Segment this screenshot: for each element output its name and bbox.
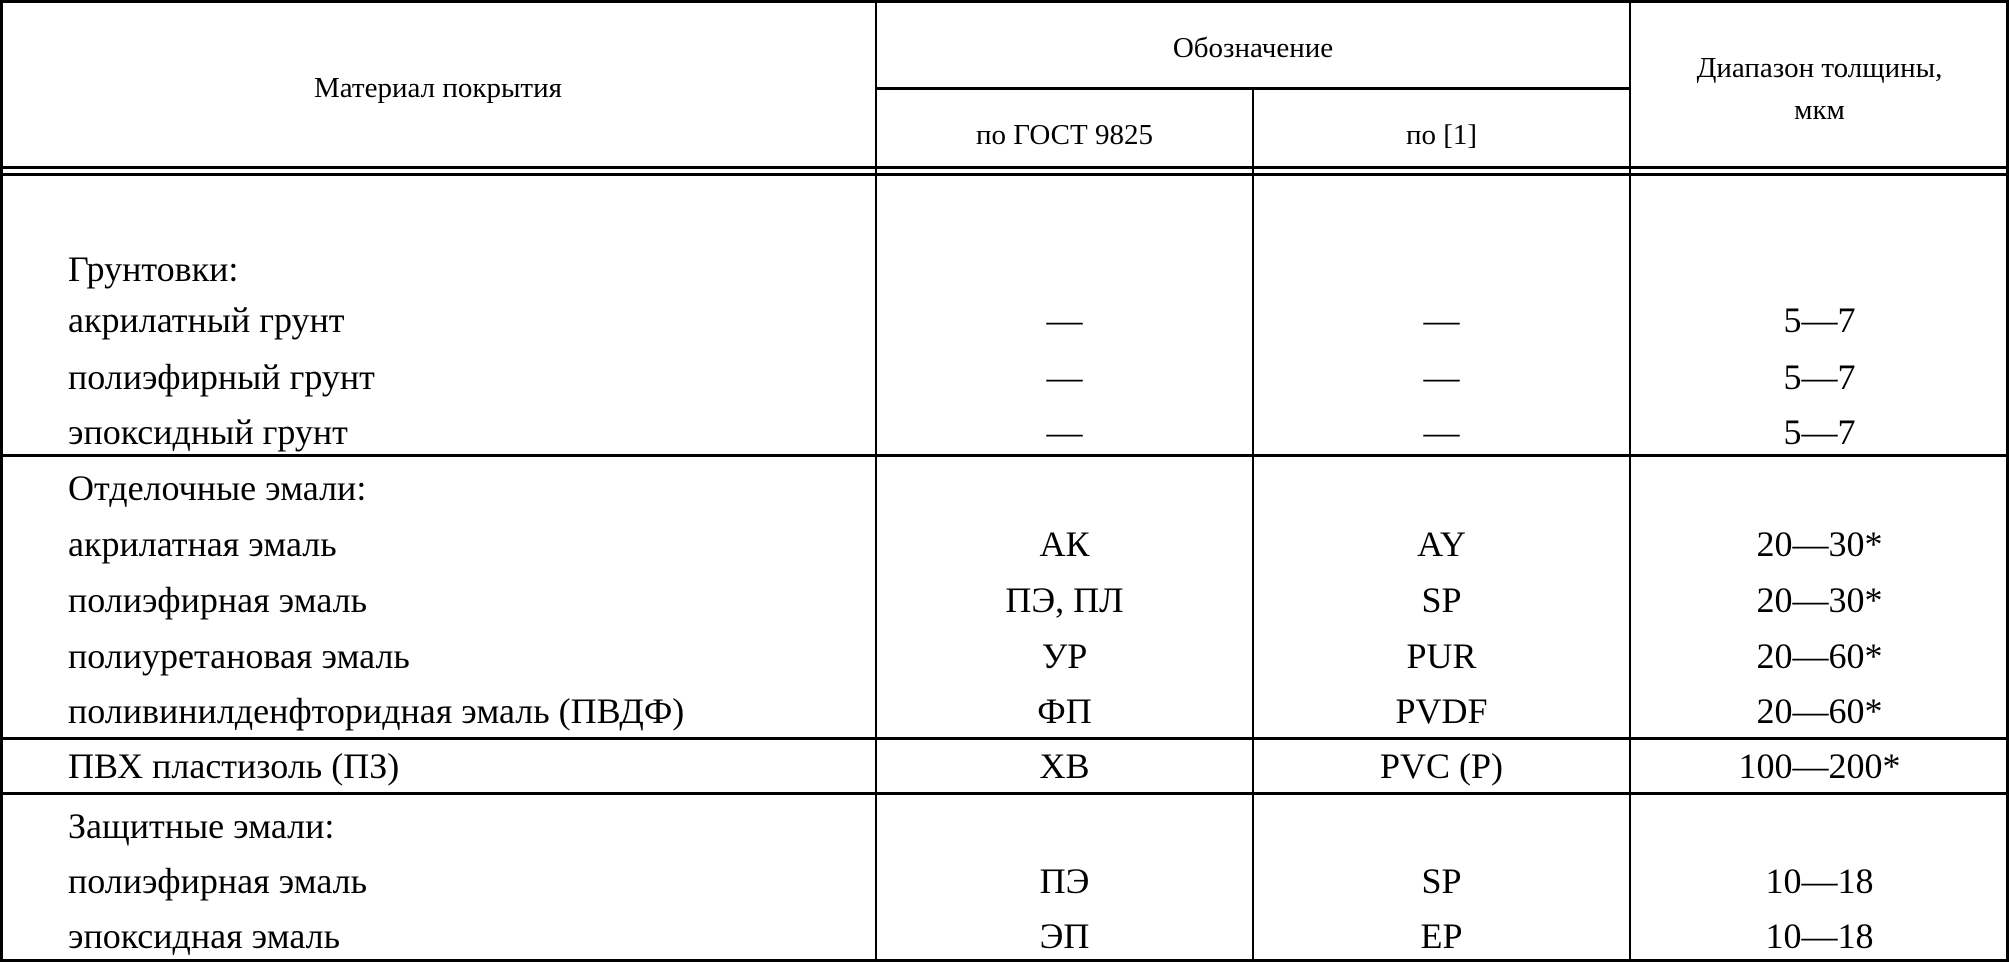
group-title-primers: Грунтовки: — [68, 249, 238, 289]
row-gost: — — [876, 300, 1253, 340]
row-gost: ФП — [876, 691, 1253, 731]
row-material: поливинилденфторидная эмаль (ПВДФ) — [68, 691, 684, 731]
row-gost: УР — [876, 636, 1253, 676]
row-ref: AY — [1253, 524, 1630, 564]
row-material: полиэфирный грунт — [68, 357, 375, 397]
header-double-line-2 — [0, 173, 2009, 176]
border-left — [0, 0, 3, 962]
header-subdivider — [876, 87, 1630, 90]
group-divider-3 — [0, 792, 2009, 795]
row-material: ПВХ пластизоль (ПЗ) — [68, 746, 399, 786]
group-divider-2 — [0, 737, 2009, 740]
row-ref: PUR — [1253, 636, 1630, 676]
row-material: полиэфирная эмаль — [68, 861, 367, 901]
row-thickness: 20—30* — [1630, 580, 2009, 620]
row-thickness: 20—60* — [1630, 691, 2009, 731]
row-thickness: 5—7 — [1630, 412, 2009, 452]
header-thickness-line1: Диапазон толщины, — [1630, 48, 2009, 88]
row-gost: ХВ — [876, 746, 1253, 786]
row-ref: — — [1253, 300, 1630, 340]
border-top — [0, 0, 2009, 3]
row-thickness: 5—7 — [1630, 300, 2009, 340]
header-double-line-1 — [0, 166, 2009, 169]
header-material: Материал покрытия — [0, 68, 876, 108]
group-title-finish-enamels: Отделочные эмали: — [68, 468, 366, 508]
row-material: акрилатная эмаль — [68, 524, 337, 564]
row-gost: — — [876, 357, 1253, 397]
row-thickness: 20—30* — [1630, 524, 2009, 564]
row-ref: — — [1253, 412, 1630, 452]
row-gost: АК — [876, 524, 1253, 564]
row-gost: — — [876, 412, 1253, 452]
row-gost: ЭП — [876, 916, 1253, 956]
row-ref: SP — [1253, 861, 1630, 901]
row-material: акрилатный грунт — [68, 300, 345, 340]
row-ref: PVC (P) — [1253, 746, 1630, 786]
row-material: эпоксидная эмаль — [68, 916, 340, 956]
header-thickness-line2: мкм — [1630, 90, 2009, 130]
row-thickness: 5—7 — [1630, 357, 2009, 397]
row-thickness: 20—60* — [1630, 636, 2009, 676]
row-gost: ПЭ — [876, 861, 1253, 901]
row-thickness: 10—18 — [1630, 916, 2009, 956]
row-material: полиэфирная эмаль — [68, 580, 367, 620]
header-by-gost: по ГОСТ 9825 — [876, 115, 1253, 155]
row-ref: PVDF — [1253, 691, 1630, 731]
row-ref: EP — [1253, 916, 1630, 956]
group-divider-1 — [0, 454, 2009, 457]
row-thickness: 100—200* — [1630, 746, 2009, 786]
row-ref: SP — [1253, 580, 1630, 620]
row-material: эпоксидный грунт — [68, 412, 348, 452]
group-title-protective-enamels: Защитные эмали: — [68, 806, 334, 846]
row-thickness: 10—18 — [1630, 861, 2009, 901]
header-designation: Обозначение — [876, 28, 1630, 68]
row-material: полиуретановая эмаль — [68, 636, 410, 676]
row-gost: ПЭ, ПЛ — [876, 580, 1253, 620]
header-by-ref: по [1] — [1253, 115, 1630, 155]
row-ref: — — [1253, 357, 1630, 397]
